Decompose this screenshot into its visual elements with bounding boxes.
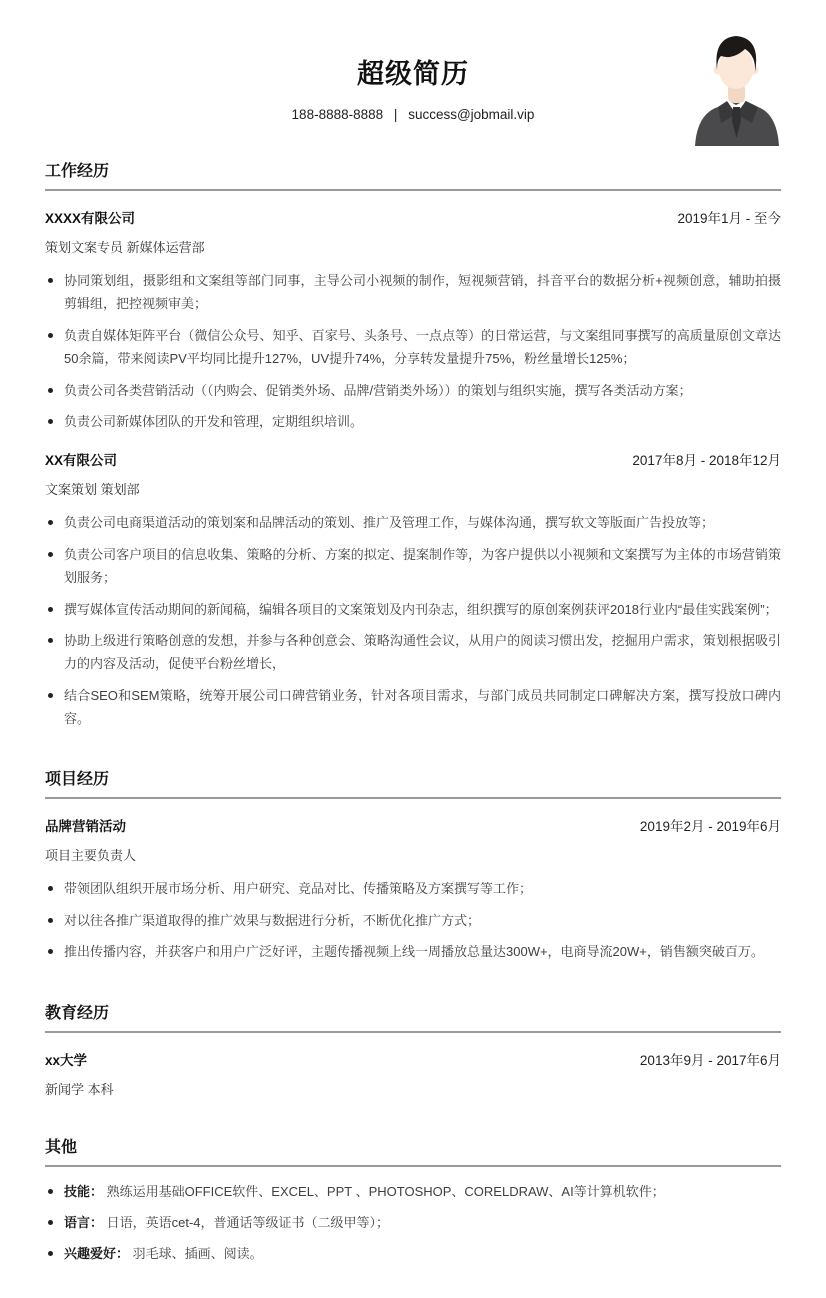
male-avatar-icon: [683, 28, 789, 146]
section-divider: [45, 797, 781, 799]
bullet-item: 负责公司各类营销活动（（内购会、促销类外场、品牌/营销类外场））的策划与组织实施…: [45, 379, 781, 402]
entry-date: 2013年9月 - 2017年6月: [640, 1049, 781, 1069]
bullet-list: 负责公司电商渠道活动的策划案和品牌活动的策划、推广及管理工作，与媒体沟通，撰写软…: [45, 511, 781, 730]
phone-number: 188-8888-8888: [292, 107, 384, 122]
entry-title: XXXX有限公司: [45, 207, 135, 227]
bullet-item: 对以往各推广渠道取得的推广效果与数据进行分析，不断优化推广方式；: [45, 909, 781, 932]
bullet-item: 撰写媒体宣传活动期间的新闻稿，编辑各项目的文案策划及内刊杂志，组织撰写的原创案例…: [45, 598, 781, 621]
bullet-item: 技能： 熟练运用基础OFFICE软件、EXCEL、PPT 、PHOTOSHOP、…: [45, 1180, 781, 1203]
sections: 工作经历XXXX有限公司2019年1月 - 至今策划文案专员 新媒体运营部协同策…: [45, 158, 781, 1266]
entry-header: XXXX有限公司2019年1月 - 至今: [45, 207, 781, 227]
entry-subtitle: 文案策划 策划部: [45, 479, 781, 498]
contact-line: 188-8888-8888 | success@jobmail.vip: [45, 107, 781, 122]
bullet-list: 技能： 熟练运用基础OFFICE软件、EXCEL、PPT 、PHOTOSHOP、…: [45, 1180, 781, 1266]
section-title: 教育经历: [45, 1000, 781, 1023]
bullet-item: 负责公司客户项目的信息收集、策略的分析、方案的拟定、提案制作等，为客户提供以小视…: [45, 543, 781, 590]
bullet-list: 协同策划组，摄影组和文案组等部门同事，主导公司小视频的制作，短视频营销，抖音平台…: [45, 269, 781, 433]
entry-date: 2019年2月 - 2019年6月: [640, 815, 781, 835]
contact-separator: |: [394, 107, 398, 122]
bullet-item: 负责自媒体矩阵平台（微信公众号、知乎、百家号、头条号、一点点等）的日常运营，与文…: [45, 324, 781, 371]
entry-header: XX有限公司2017年8月 - 2018年12月: [45, 449, 781, 469]
bullet-item: 负责公司新媒体团队的开发和管理，定期组织培训。: [45, 410, 781, 433]
bullet-label: 语言：: [64, 1215, 103, 1230]
entry-date: 2017年8月 - 2018年12月: [632, 449, 781, 469]
bullet-item: 协同策划组，摄影组和文案组等部门同事，主导公司小视频的制作，短视频营销，抖音平台…: [45, 269, 781, 316]
bullet-item: 协助上级进行策略创意的发想，并参与各种创意会、策略沟通性会议，从用户的阅读习惯出…: [45, 629, 781, 676]
bullet-item: 语言： 日语，英语cet-4，普通话等级证书（二级甲等）；: [45, 1211, 781, 1234]
bullet-label: 兴趣爱好：: [64, 1246, 129, 1261]
entry-date: 2019年1月 - 至今: [677, 207, 781, 227]
resume-header: 超级简历 188-8888-8888 | success@jobmail.vip: [45, 46, 781, 122]
bullet-item: 兴趣爱好： 羽毛球、插画、阅读。: [45, 1242, 781, 1265]
section-divider: [45, 189, 781, 191]
entry-header: xx大学2013年9月 - 2017年6月: [45, 1049, 781, 1069]
resume-section: 其他技能： 熟练运用基础OFFICE软件、EXCEL、PPT 、PHOTOSHO…: [45, 1134, 781, 1266]
entry-subtitle: 新闻学 本科: [45, 1079, 781, 1098]
section-title: 其他: [45, 1134, 781, 1157]
page-title: 超级简历: [45, 52, 781, 91]
bullet-item: 推出传播内容，并获客户和用户广泛好评，主题传播视频上线一周播放总量达300W+，…: [45, 940, 781, 963]
email-address: success@jobmail.vip: [408, 107, 534, 122]
entry-title: xx大学: [45, 1049, 87, 1069]
resume-page: 超级简历 188-8888-8888 | success@jobmail.vip: [0, 0, 826, 1298]
bullet-item: 带领团队组织开展市场分析、用户研究、竞品对比、传播策略及方案撰写等工作；: [45, 877, 781, 900]
bullet-item: 负责公司电商渠道活动的策划案和品牌活动的策划、推广及管理工作，与媒体沟通，撰写软…: [45, 511, 781, 534]
entry-title: XX有限公司: [45, 449, 117, 469]
resume-section: 教育经历xx大学2013年9月 - 2017年6月新闻学 本科: [45, 1000, 781, 1098]
section-title: 工作经历: [45, 158, 781, 181]
entry-header: 品牌营销活动2019年2月 - 2019年6月: [45, 815, 781, 835]
bullet-list: 带领团队组织开展市场分析、用户研究、竞品对比、传播策略及方案撰写等工作；对以往各…: [45, 877, 781, 963]
section-title: 项目经历: [45, 766, 781, 789]
section-divider: [45, 1031, 781, 1033]
entry-title: 品牌营销活动: [45, 815, 126, 835]
entry-subtitle: 项目主要负责人: [45, 845, 781, 864]
entry-subtitle: 策划文案专员 新媒体运营部: [45, 237, 781, 256]
section-divider: [45, 1165, 781, 1167]
resume-section: 项目经历品牌营销活动2019年2月 - 2019年6月项目主要负责人带领团队组织…: [45, 766, 781, 963]
resume-section: 工作经历XXXX有限公司2019年1月 - 至今策划文案专员 新媒体运营部协同策…: [45, 158, 781, 730]
bullet-label: 技能：: [64, 1184, 103, 1199]
bullet-item: 结合SEO和SEM策略，统筹开展公司口碑营销业务，针对各项目需求，与部门成员共同…: [45, 684, 781, 731]
